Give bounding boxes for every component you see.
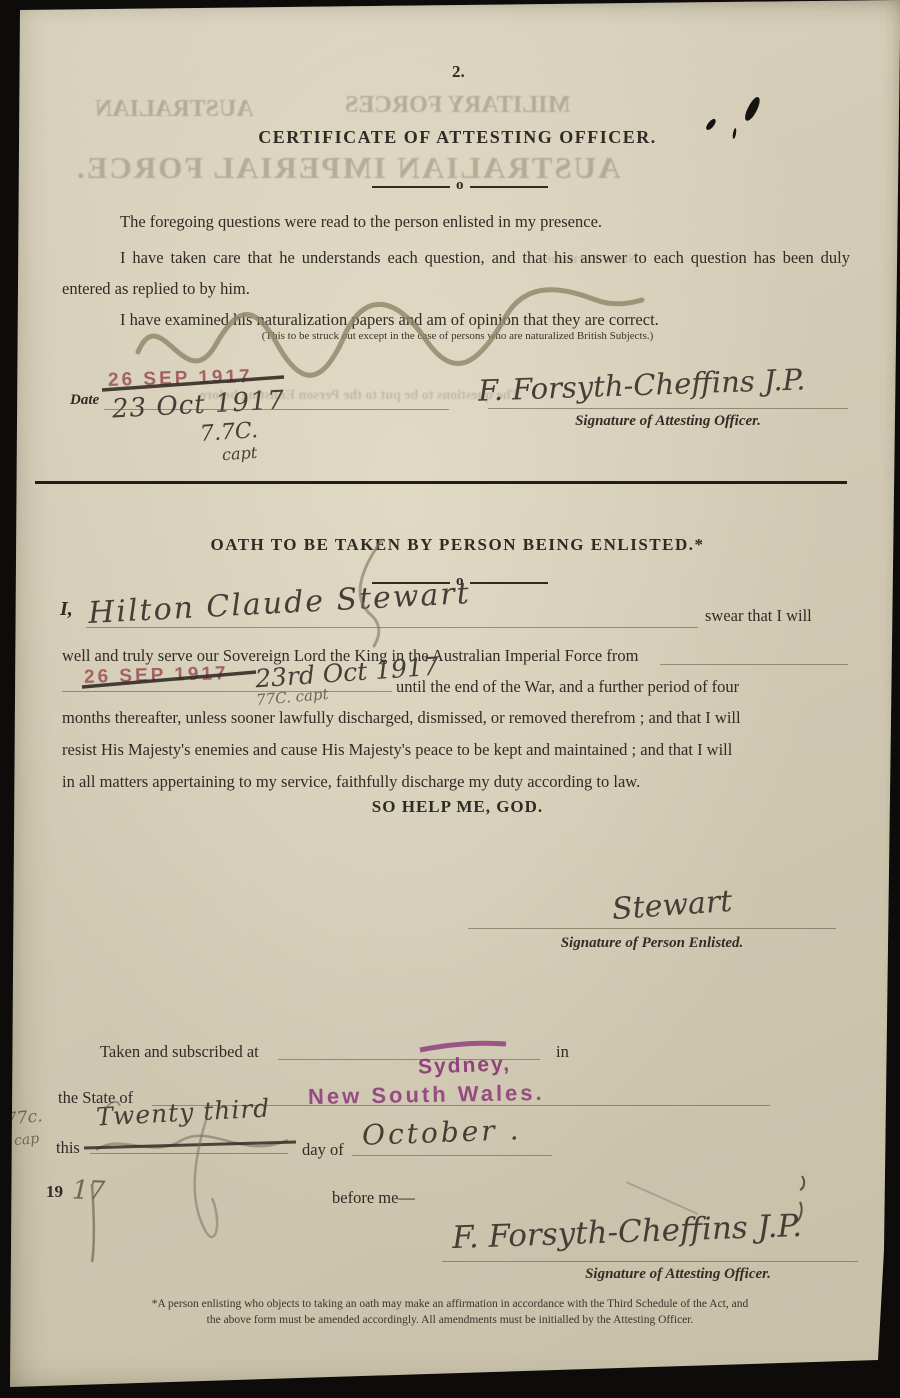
certificate-paragraph-2: I have taken care that he understands ea… xyxy=(62,242,850,304)
section-rule xyxy=(35,481,847,484)
oath-date-stamp-struck: 26 SEP 1917 xyxy=(84,663,229,689)
divider-o: o xyxy=(456,177,464,194)
oath-pronoun: I, xyxy=(60,598,73,621)
oath-line4: months thereafter, unless sooner lawfull… xyxy=(62,702,850,733)
date-handwritten: 23 Oct 1917 xyxy=(111,385,285,424)
from-field-line xyxy=(660,663,848,665)
pencil-stroke xyxy=(626,1182,698,1214)
word-strike xyxy=(84,1142,296,1148)
bleedthrough-text: AUSTRALIAN xyxy=(95,96,254,123)
footnote-line-1: *A person enlisting who objects to takin… xyxy=(50,1298,850,1310)
bleedthrough-text: MILITARY FORCES xyxy=(345,92,570,119)
pencil-scribble xyxy=(96,1136,288,1150)
month-handwritten: October . xyxy=(361,1113,521,1152)
attesting-officer-signature: F. Forsyth-Cheffins J.P. xyxy=(478,362,806,407)
state-stamp-nsw: New South Wales. xyxy=(308,1080,545,1110)
paper-sheet: AUSTRALIAN MILITARY FORCES AUSTRALIAN IM… xyxy=(0,0,900,1398)
oath-line5: resist His Majesty's enemies and cause H… xyxy=(62,734,850,765)
date-label: Date xyxy=(70,392,99,409)
oath-line1-right: swear that I will xyxy=(705,600,812,631)
person-signature-line xyxy=(468,927,836,929)
margin-initials-pencil: 77c. xyxy=(5,1106,43,1130)
year-printed: 19 xyxy=(46,1182,63,1202)
scanned-document: AUSTRALIAN MILITARY FORCES AUSTRALIAN IM… xyxy=(0,0,900,1398)
person-enlisted-signature: Stewart xyxy=(611,884,733,927)
stamp-bar xyxy=(420,1043,506,1050)
until-field-line xyxy=(62,690,392,692)
day-of-label: day of xyxy=(302,1134,344,1165)
margin-rank-pencil: cap xyxy=(13,1131,40,1150)
place-stamp-sydney: Sydney, xyxy=(418,1052,512,1079)
attesting-signature-label: Signature of Attesting Officer. xyxy=(488,413,848,430)
oath-line3: until the end of the War, and a further … xyxy=(396,671,739,702)
pen-mark xyxy=(800,1176,804,1190)
certificate-title: CERTIFICATE OF ATTESTING OFFICER. xyxy=(0,127,900,148)
divider-dash xyxy=(470,582,548,584)
certificate-paragraph-1: The foregoing questions were read to the… xyxy=(120,206,860,237)
divider-dash xyxy=(372,186,450,188)
name-field-line xyxy=(86,626,698,628)
attesting-signature-line xyxy=(488,407,848,409)
oath-title: OATH TO BE TAKEN BY PERSON BEING ENLISTE… xyxy=(0,535,900,555)
date-rank-handwritten: capt xyxy=(221,443,257,464)
in-word: in xyxy=(556,1036,569,1067)
attesting-signature-label-2: Signature of Attesting Officer. xyxy=(498,1266,858,1283)
ink-blot xyxy=(742,95,762,122)
divider-dash xyxy=(470,186,548,188)
pencil-loop xyxy=(195,1120,217,1237)
struck-out-note: (This to be struck out except in the cas… xyxy=(0,330,900,342)
attesting-signature-line-2 xyxy=(442,1260,858,1262)
enlistee-name-handwritten: Hilton Claude Stewart xyxy=(87,576,471,631)
page-number: 2. xyxy=(452,62,465,82)
month-field-line xyxy=(352,1154,552,1156)
date-field-line xyxy=(104,408,449,410)
footnote-line-2: the above form must be amended according… xyxy=(50,1314,850,1326)
person-signature-label: Signature of Person Enlisted. xyxy=(468,935,836,952)
year-handwritten: 17 xyxy=(71,1175,105,1206)
section-divider: o xyxy=(372,178,548,195)
day-field-line xyxy=(90,1152,288,1154)
this-label: this xyxy=(56,1132,80,1163)
so-help-me-god: SO HELP ME, GOD. xyxy=(0,797,900,817)
taken-at-label: Taken and subscribed at xyxy=(100,1036,259,1067)
before-me-label: before me— xyxy=(332,1182,415,1213)
oath-line6: in all matters appertaining to my servic… xyxy=(62,766,850,797)
attesting-officer-signature-2: F. Forsyth-Cheffins J.P. xyxy=(451,1208,802,1256)
